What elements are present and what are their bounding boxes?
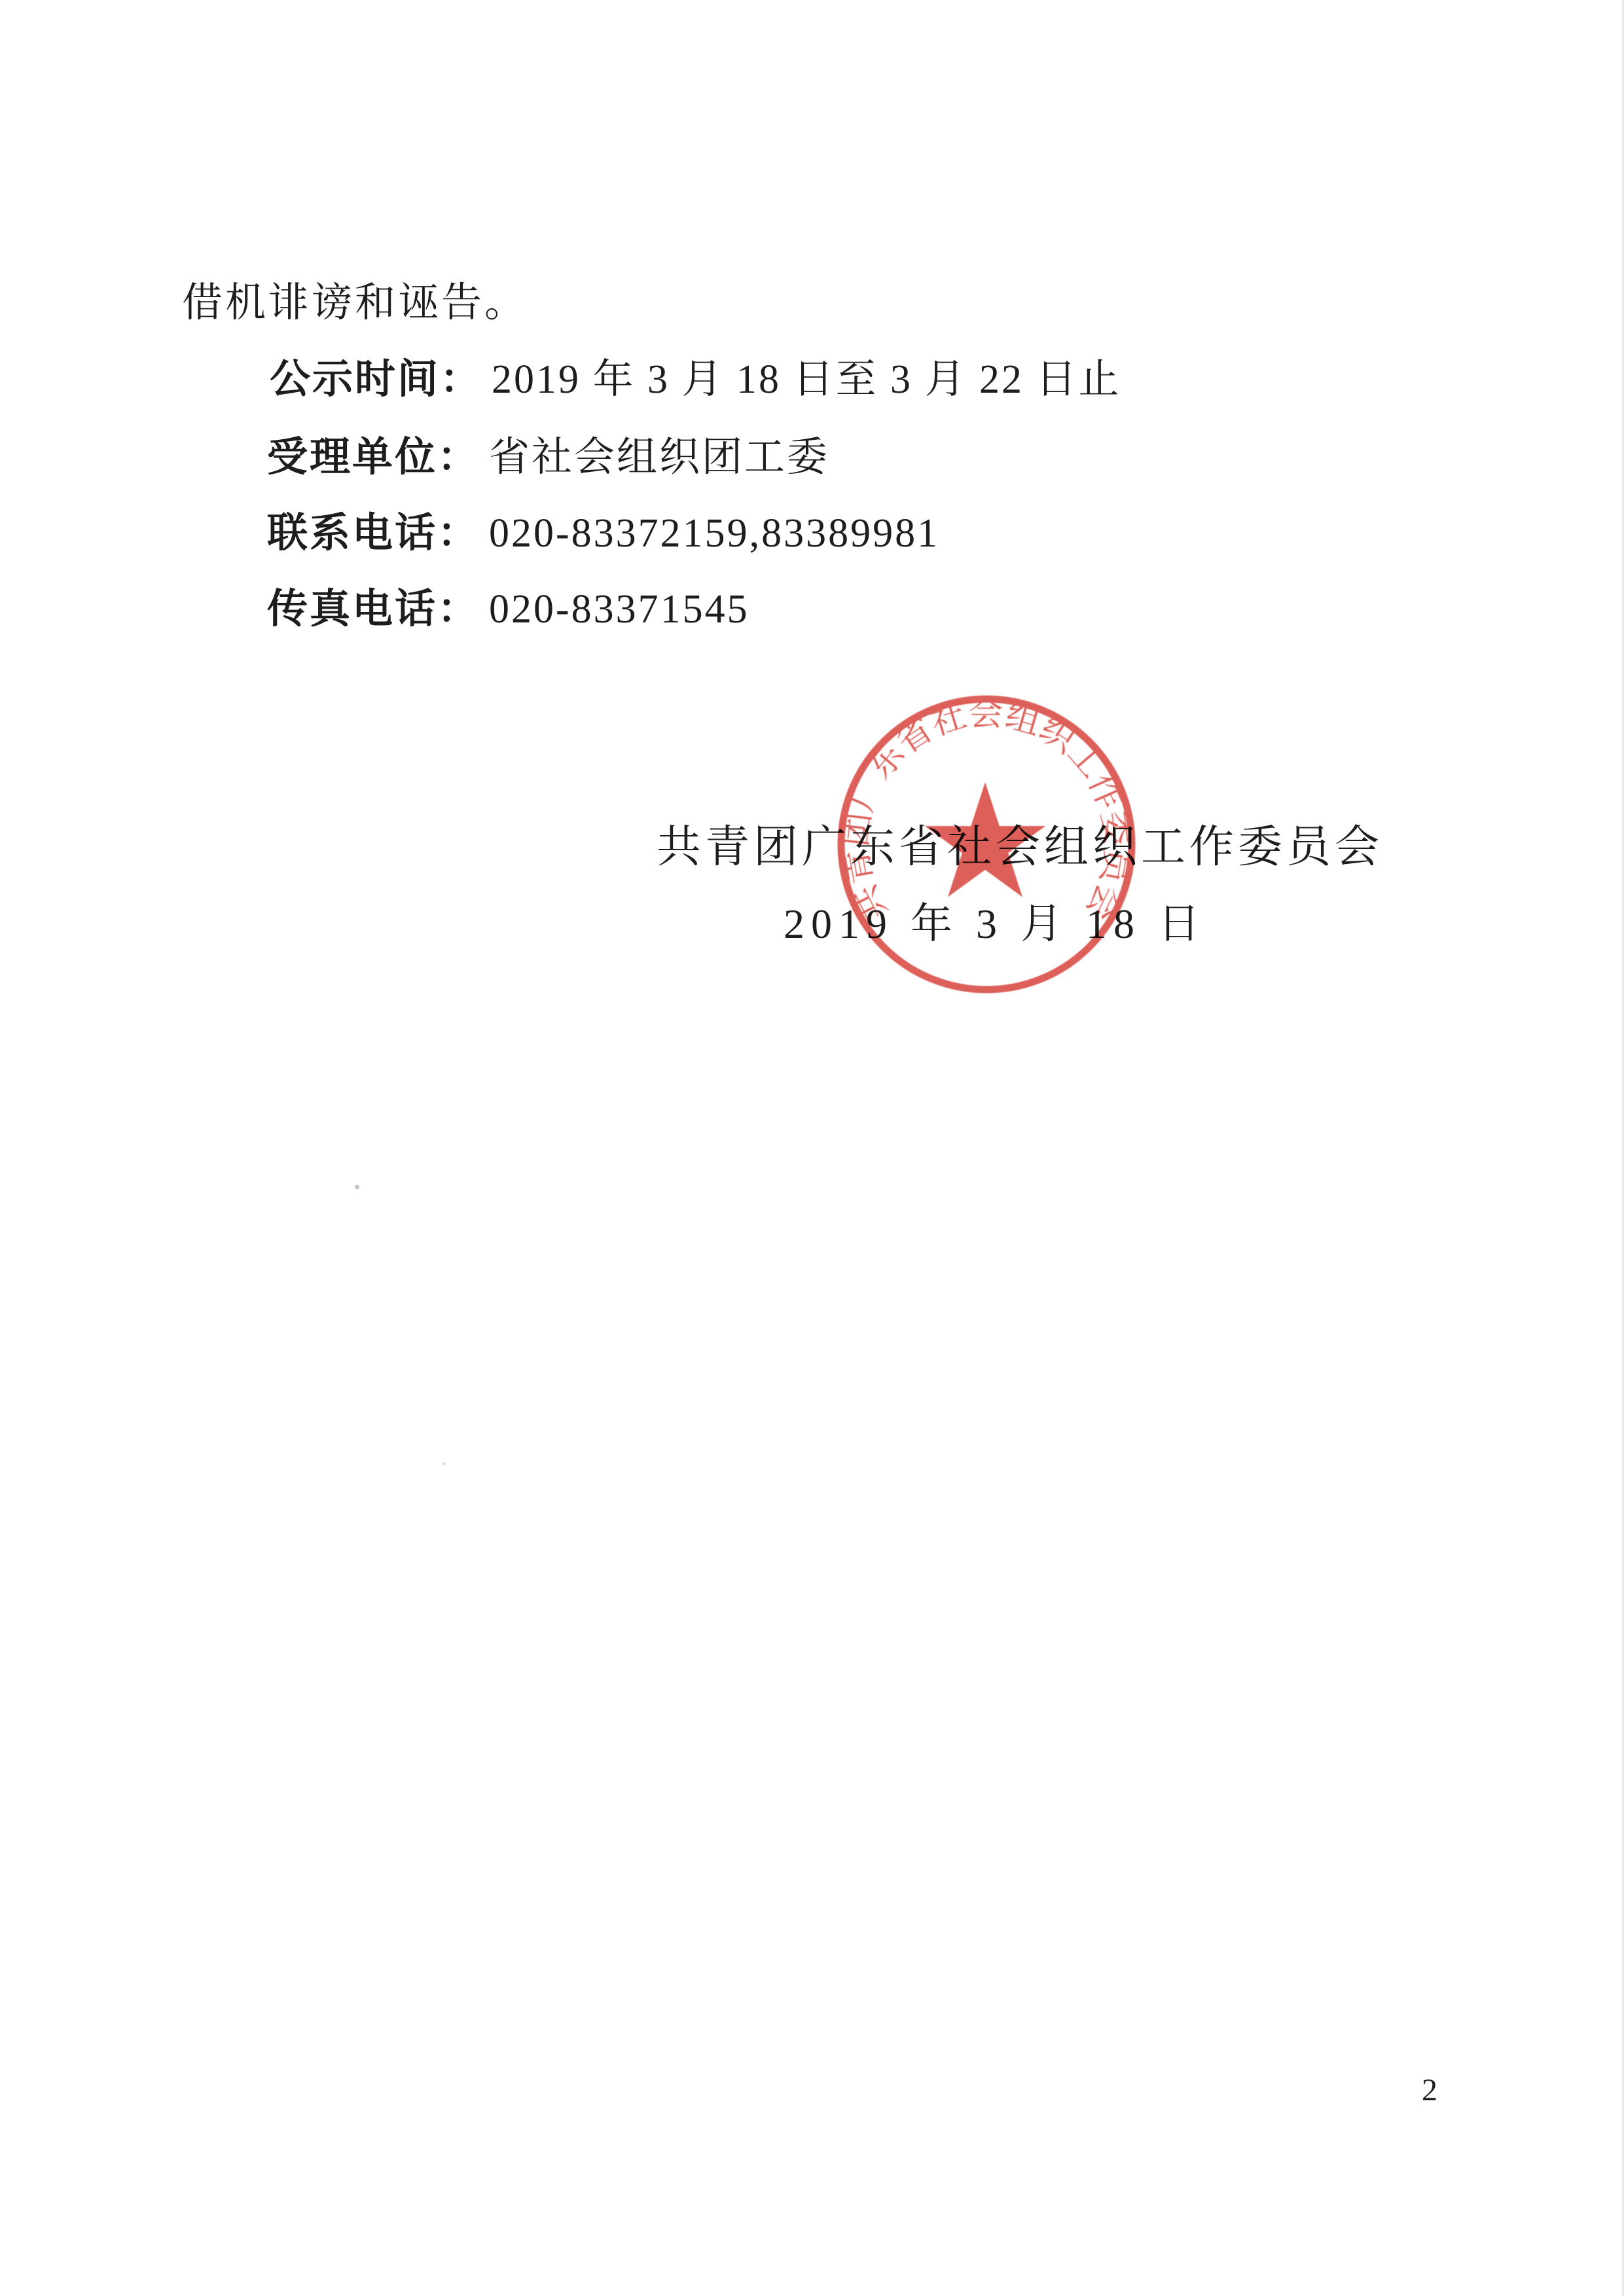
field-row: 传真电话：020-83371545 <box>267 589 749 630</box>
field-value-contact-phone: 020-83372159,83389981 <box>489 511 939 556</box>
seal-star-icon <box>925 782 1046 897</box>
field-label-accepting-unit: 受理单位： <box>267 435 480 480</box>
field-label-fax-phone: 传真电话： <box>267 586 480 632</box>
field-row: 受理单位：省社会组织团工委 <box>267 437 829 478</box>
scan-edge-shadow <box>1621 0 1624 2296</box>
document-page: 借机诽谤和诬告。 公示时间：2019 年 3 月 18 日至 3 月 22 日止… <box>0 0 1624 2296</box>
scan-speck <box>442 1462 446 1465</box>
field-row: 公示时间：2019 年 3 月 18 日至 3 月 22 日止 <box>270 359 1121 400</box>
field-row: 联系电话：020-83372159,83389981 <box>267 513 939 554</box>
page-number: 2 <box>1422 2075 1437 2106</box>
field-value-accepting-unit: 省社会组织团工委 <box>489 435 829 480</box>
field-value-public-notice-period: 2019 年 3 月 18 日至 3 月 22 日止 <box>492 357 1121 402</box>
official-seal-stamp: 共青团广东省社会组织工作委员会 <box>823 681 1150 1008</box>
field-value-fax-phone: 020-83371545 <box>489 587 749 632</box>
field-label-contact-phone: 联系电话： <box>267 511 480 556</box>
paragraph-tail-text: 借机诽谤和诬告。 <box>182 283 528 323</box>
field-label-public-notice-period: 公示时间： <box>270 357 482 402</box>
scan-speck <box>355 1185 359 1189</box>
